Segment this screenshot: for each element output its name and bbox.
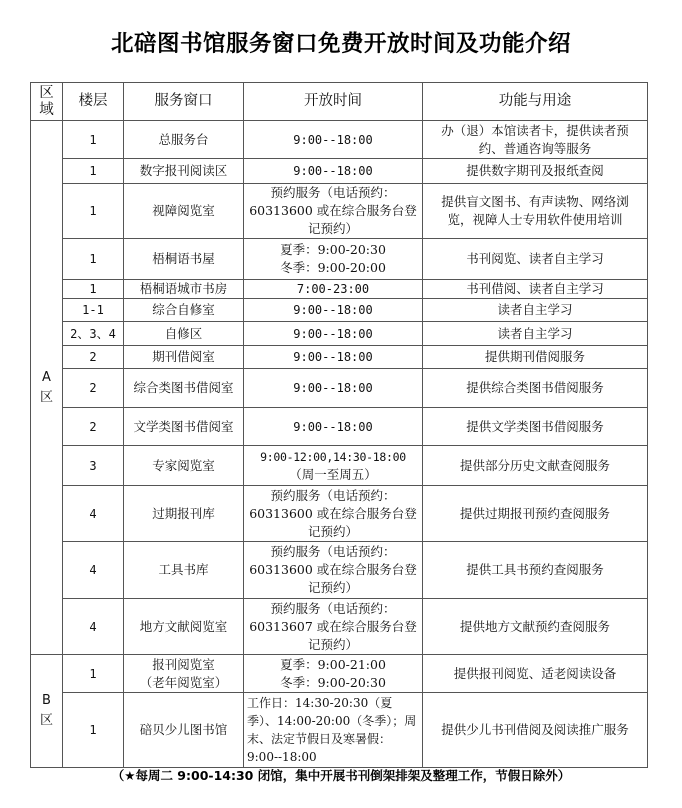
table-row: 1 碚贝少儿图书馆 工作日：14:30-20:30（夏季）、14:00-20:0… bbox=[31, 693, 648, 768]
function-cell: 提供综合类图书借阅服务 bbox=[423, 369, 648, 408]
function-cell: 提供少儿书刊借阅及阅读推广服务 bbox=[423, 693, 648, 768]
hours-cell: 9:00--18:00 bbox=[244, 346, 423, 369]
window-cell: 过期报刊库 bbox=[124, 486, 244, 542]
table-row: 2、3、4 自修区 9:00--18:00 读者自主学习 bbox=[31, 322, 648, 346]
window-cell: 文学类图书借阅室 bbox=[124, 408, 244, 446]
window-name: 报刊阅览室 bbox=[128, 656, 239, 674]
window-cell: 工具书库 bbox=[124, 542, 244, 599]
header-window: 服务窗口 bbox=[124, 83, 244, 121]
window-cell: 梧桐语书屋 bbox=[124, 239, 244, 280]
floor-cell: 1 bbox=[63, 239, 124, 280]
hours-cell: 预约服务（电话预约：60313607 或在综合服务台登记预约） bbox=[244, 599, 423, 655]
hours-cell: 9:00-12:00,14:30-18:00 （周一至周五） bbox=[244, 446, 423, 486]
region-label-top: B bbox=[35, 691, 58, 711]
function-cell: 提供部分历史文献查阅服务 bbox=[423, 446, 648, 486]
window-cell: 自修区 bbox=[124, 322, 244, 346]
hours-cell: 9:00--18:00 bbox=[244, 369, 423, 408]
table-row: 3 专家阅览室 9:00-12:00,14:30-18:00 （周一至周五） 提… bbox=[31, 446, 648, 486]
hours-cell: 9:00--18:00 bbox=[244, 159, 423, 184]
hours-cell: 夏季：9:00-21:00 冬季：9:00-20:30 bbox=[244, 655, 423, 693]
header-floor: 楼层 bbox=[63, 83, 124, 121]
function-cell: 提供数字期刊及报纸查阅 bbox=[423, 159, 648, 184]
service-hours-table: 区域 楼层 服务窗口 开放时间 功能与用途 A 区 1 总服务台 9:00--1… bbox=[30, 82, 648, 768]
window-cell: 视障阅览室 bbox=[124, 184, 244, 239]
window-cell: 地方文献阅览室 bbox=[124, 599, 244, 655]
hours-times: 9:00-12:00,14:30-18:00 bbox=[245, 448, 421, 466]
function-cell: 读者自主学习 bbox=[423, 322, 648, 346]
hours-cell: 预约服务（电话预约：60313600 或在综合服务台登记预约） bbox=[244, 184, 423, 239]
floor-cell: 2 bbox=[63, 408, 124, 446]
hours-summer: 夏季：9:00-21:00 bbox=[248, 656, 418, 674]
table-row: 2 文学类图书借阅室 9:00--18:00 提供文学类图书借阅服务 bbox=[31, 408, 648, 446]
closing-notice: （★每周二 9:00-14:30 闭馆，集中开展书刊倒架排架及整理工作，节假日除… bbox=[0, 766, 682, 784]
floor-cell: 3 bbox=[63, 446, 124, 486]
table-row: 1 数字报刊阅读区 9:00--18:00 提供数字期刊及报纸查阅 bbox=[31, 159, 648, 184]
hours-cell: 9:00--18:00 bbox=[244, 408, 423, 446]
floor-cell: 1 bbox=[63, 159, 124, 184]
hours-cell: 预约服务（电话预约：60313600 或在综合服务台登记预约） bbox=[244, 486, 423, 542]
header-region: 区域 bbox=[31, 83, 63, 121]
region-cell-a: A 区 bbox=[31, 121, 63, 655]
floor-cell: 1 bbox=[63, 693, 124, 768]
floor-cell: 4 bbox=[63, 599, 124, 655]
table-row: 4 工具书库 预约服务（电话预约：60313600 或在综合服务台登记预约） 提… bbox=[31, 542, 648, 599]
region-cell-b: B 区 bbox=[31, 655, 63, 768]
function-cell: 提供盲文图书、有声读物、网络浏览，视障人士专用软件使用培训 bbox=[423, 184, 648, 239]
function-cell: 提供报刊阅览、适老阅读设备 bbox=[423, 655, 648, 693]
floor-cell: 2 bbox=[63, 369, 124, 408]
region-label-bottom: 区 bbox=[35, 711, 58, 731]
hours-cell: 预约服务（电话预约：60313600 或在综合服务台登记预约） bbox=[244, 542, 423, 599]
table-row: 2 综合类图书借阅室 9:00--18:00 提供综合类图书借阅服务 bbox=[31, 369, 648, 408]
function-cell: 办（退）本馆读者卡，提供读者预约、普通咨询等服务 bbox=[423, 121, 648, 159]
window-subname: （老年阅览室） bbox=[128, 674, 239, 692]
hours-winter: 冬季：9:00-20:30 bbox=[248, 674, 418, 692]
floor-cell: 2、3、4 bbox=[63, 322, 124, 346]
function-cell: 提供期刊借阅服务 bbox=[423, 346, 648, 369]
floor-cell: 1 bbox=[63, 121, 124, 159]
table-row: B 区 1 报刊阅览室 （老年阅览室） 夏季：9:00-21:00 冬季：9:0… bbox=[31, 655, 648, 693]
hours-cell: 7:00-23:00 bbox=[244, 280, 423, 299]
function-cell: 读者自主学习 bbox=[423, 299, 648, 322]
function-cell: 提供文学类图书借阅服务 bbox=[423, 408, 648, 446]
region-label-bottom: 区 bbox=[35, 388, 58, 408]
table-row: 4 地方文献阅览室 预约服务（电话预约：60313607 或在综合服务台登记预约… bbox=[31, 599, 648, 655]
floor-cell: 1 bbox=[63, 655, 124, 693]
floor-cell: 4 bbox=[63, 486, 124, 542]
table-row: 1-1 综合自修室 9:00--18:00 读者自主学习 bbox=[31, 299, 648, 322]
page-title: 北碚图书馆服务窗口免费开放时间及功能介绍 bbox=[0, 26, 682, 58]
function-cell: 书刊借阅、读者自主学习 bbox=[423, 280, 648, 299]
table-row: A 区 1 总服务台 9:00--18:00 办（退）本馆读者卡，提供读者预约、… bbox=[31, 121, 648, 159]
function-cell: 提供地方文献预约查阅服务 bbox=[423, 599, 648, 655]
window-cell: 总服务台 bbox=[124, 121, 244, 159]
function-cell: 提供过期报刊预约查阅服务 bbox=[423, 486, 648, 542]
floor-cell: 4 bbox=[63, 542, 124, 599]
window-cell: 综合类图书借阅室 bbox=[124, 369, 244, 408]
window-cell: 碚贝少儿图书馆 bbox=[124, 693, 244, 768]
window-cell: 梧桐语城市书房 bbox=[124, 280, 244, 299]
hours-cell: 工作日：14:30-20:30（夏季）、14:00-20:00（冬季）；周末、法… bbox=[244, 693, 423, 768]
window-cell: 期刊借阅室 bbox=[124, 346, 244, 369]
table-row: 2 期刊借阅室 9:00--18:00 提供期刊借阅服务 bbox=[31, 346, 648, 369]
table-row: 4 过期报刊库 预约服务（电话预约：60313600 或在综合服务台登记预约） … bbox=[31, 486, 648, 542]
region-label-top: A bbox=[35, 368, 58, 388]
function-cell: 提供工具书预约查阅服务 bbox=[423, 542, 648, 599]
floor-cell: 2 bbox=[63, 346, 124, 369]
table-row: 1 梧桐语城市书房 7:00-23:00 书刊借阅、读者自主学习 bbox=[31, 280, 648, 299]
window-cell: 综合自修室 bbox=[124, 299, 244, 322]
hours-winter: 冬季：9:00-20:00 bbox=[248, 259, 418, 277]
hours-cell: 夏季：9:00-20:30 冬季：9:00-20:00 bbox=[244, 239, 423, 280]
floor-cell: 1 bbox=[63, 280, 124, 299]
table-header-row: 区域 楼层 服务窗口 开放时间 功能与用途 bbox=[31, 83, 648, 121]
hours-summer: 夏季：9:00-20:30 bbox=[248, 241, 418, 259]
floor-cell: 1 bbox=[63, 184, 124, 239]
hours-cell: 9:00--18:00 bbox=[244, 121, 423, 159]
header-function: 功能与用途 bbox=[423, 83, 648, 121]
header-hours: 开放时间 bbox=[244, 83, 423, 121]
hours-days: （周一至周五） bbox=[245, 466, 421, 484]
floor-cell: 1-1 bbox=[63, 299, 124, 322]
window-cell: 数字报刊阅读区 bbox=[124, 159, 244, 184]
hours-cell: 9:00--18:00 bbox=[244, 299, 423, 322]
hours-cell: 9:00--18:00 bbox=[244, 322, 423, 346]
window-cell: 报刊阅览室 （老年阅览室） bbox=[124, 655, 244, 693]
table-row: 1 梧桐语书屋 夏季：9:00-20:30 冬季：9:00-20:00 书刊阅览… bbox=[31, 239, 648, 280]
function-cell: 书刊阅览、读者自主学习 bbox=[423, 239, 648, 280]
window-cell: 专家阅览室 bbox=[124, 446, 244, 486]
table-row: 1 视障阅览室 预约服务（电话预约：60313600 或在综合服务台登记预约） … bbox=[31, 184, 648, 239]
